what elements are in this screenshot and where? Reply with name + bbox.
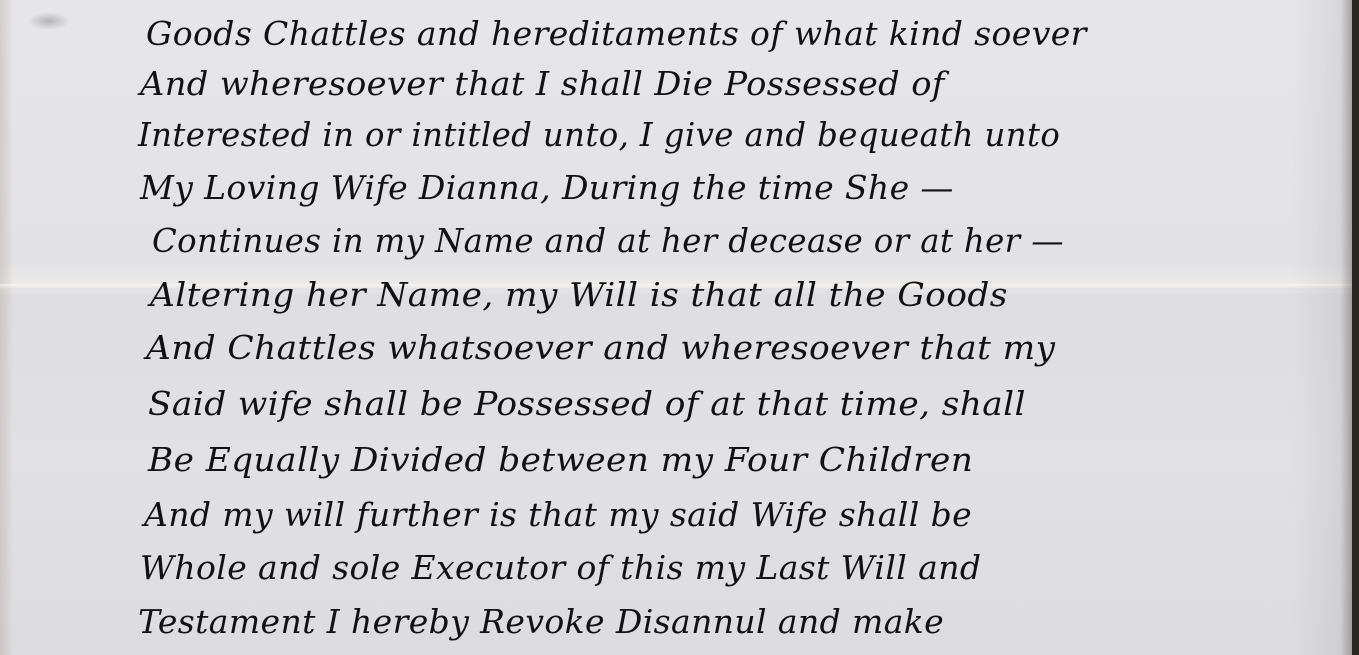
ink-stain — [28, 12, 70, 30]
text-line-4: My Loving Wife Dianna, During the time S… — [140, 168, 954, 207]
text-line-6: Altering her Name, my Will is that all t… — [150, 275, 1008, 314]
text-line-2: And wheresoever that I shall Die Possess… — [140, 64, 945, 103]
text-line-5: Continues in my Name and at her decease … — [152, 221, 1064, 260]
text-line-8: Said wife shall be Possessed of at that … — [148, 384, 1026, 423]
text-line-3: Interested in or intitled unto, I give a… — [138, 115, 1060, 154]
text-line-12: Testament I hereby Revoke Disannul and m… — [138, 602, 944, 641]
text-line-1: Goods Chattles and hereditaments of what… — [146, 14, 1087, 53]
text-line-7: And Chattles whatsoever and wheresoever … — [146, 328, 1055, 367]
manuscript-page: Goods Chattles and hereditaments of what… — [0, 0, 1352, 655]
text-line-9: Be Equally Divided between my Four Child… — [148, 440, 973, 479]
text-line-11: Whole and sole Executor of this my Last … — [140, 548, 981, 587]
text-line-10: And my will further is that my said Wife… — [144, 495, 972, 534]
